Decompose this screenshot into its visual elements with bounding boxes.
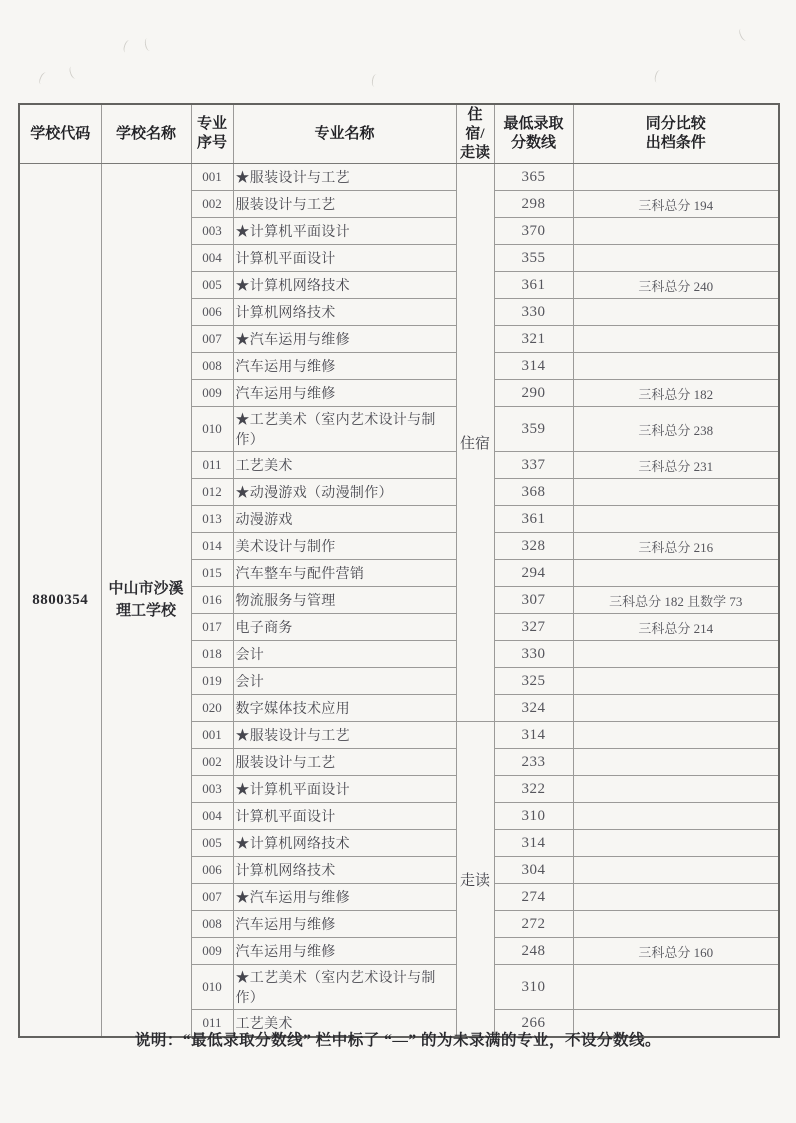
major-no-cell: 009 — [191, 380, 233, 407]
score-cell: 361 — [494, 272, 573, 299]
major-name-cell: 计算机网络技术 — [233, 299, 456, 326]
condition-cell — [573, 560, 779, 587]
score-cell: 298 — [494, 191, 573, 218]
major-no-cell: 019 — [191, 668, 233, 695]
condition-cell — [573, 218, 779, 245]
major-name-cell: ★服装设计与工艺 — [233, 164, 456, 191]
score-cell: 370 — [494, 218, 573, 245]
score-cell: 314 — [494, 830, 573, 857]
major-no-cell: 005 — [191, 272, 233, 299]
major-no-cell: 009 — [191, 938, 233, 965]
major-no-cell: 016 — [191, 587, 233, 614]
score-cell: 314 — [494, 722, 573, 749]
condition-cell — [573, 884, 779, 911]
major-no-cell: 013 — [191, 506, 233, 533]
header-row: 学校代码 学校名称 专业 序号 专业名称 住宿/ 走读 最低录取 分数线 同分比… — [19, 104, 779, 164]
scan-artifact — [738, 27, 750, 42]
score-cell: 310 — [494, 965, 573, 1010]
major-no-cell: 012 — [191, 479, 233, 506]
condition-cell: 三科总分 238 — [573, 407, 779, 452]
major-name-cell: ★工艺美术（室内艺术设计与制作） — [233, 965, 456, 1010]
score-cell: 310 — [494, 803, 573, 830]
score-cell: 328 — [494, 533, 573, 560]
score-cell: 307 — [494, 587, 573, 614]
score-cell: 304 — [494, 857, 573, 884]
major-name-cell: 汽车运用与维修 — [233, 938, 456, 965]
table-body: 8800354中山市沙溪 理工学校001★服装设计与工艺住宿365002服装设计… — [19, 164, 779, 1037]
score-cell: 361 — [494, 506, 573, 533]
accommodation-cell: 住宿 — [456, 164, 494, 722]
major-no-cell: 004 — [191, 803, 233, 830]
score-cell: 248 — [494, 938, 573, 965]
major-name-cell: 物流服务与管理 — [233, 587, 456, 614]
major-no-cell: 014 — [191, 533, 233, 560]
scan-artifact — [122, 39, 133, 54]
major-name-cell: ★计算机平面设计 — [233, 776, 456, 803]
scan-artifact — [38, 71, 50, 86]
major-no-cell: 007 — [191, 884, 233, 911]
condition-cell — [573, 911, 779, 938]
major-no-cell: 008 — [191, 353, 233, 380]
condition-cell — [573, 668, 779, 695]
condition-cell — [573, 965, 779, 1010]
table-row: 8800354中山市沙溪 理工学校001★服装设计与工艺住宿365 — [19, 164, 779, 191]
score-cell: 233 — [494, 749, 573, 776]
score-cell: 359 — [494, 407, 573, 452]
condition-cell — [573, 641, 779, 668]
major-name-cell: 数字媒体技术应用 — [233, 695, 456, 722]
condition-cell — [573, 353, 779, 380]
score-cell: 290 — [494, 380, 573, 407]
condition-cell — [573, 776, 779, 803]
condition-cell: 三科总分 182 且数学 73 — [573, 587, 779, 614]
major-name-cell: ★服装设计与工艺 — [233, 722, 456, 749]
score-cell: 365 — [494, 164, 573, 191]
major-no-cell: 001 — [191, 722, 233, 749]
score-cell: 327 — [494, 614, 573, 641]
major-name-cell: 电子商务 — [233, 614, 456, 641]
major-name-cell: ★工艺美术（室内艺术设计与制作） — [233, 407, 456, 452]
major-name-cell: 汽车运用与维修 — [233, 353, 456, 380]
major-no-cell: 001 — [191, 164, 233, 191]
major-name-cell: ★汽车运用与维修 — [233, 884, 456, 911]
major-no-cell: 002 — [191, 191, 233, 218]
header-condition: 同分比较 出档条件 — [573, 104, 779, 164]
scan-artifact — [371, 73, 380, 87]
major-no-cell: 003 — [191, 776, 233, 803]
condition-cell — [573, 506, 779, 533]
major-no-cell: 017 — [191, 614, 233, 641]
header-major-no: 专业 序号 — [191, 104, 233, 164]
major-no-cell: 015 — [191, 560, 233, 587]
score-cell: 322 — [494, 776, 573, 803]
condition-cell — [573, 479, 779, 506]
condition-cell — [573, 695, 779, 722]
major-no-cell: 008 — [191, 911, 233, 938]
score-cell: 272 — [494, 911, 573, 938]
admission-score-table: 学校代码 学校名称 专业 序号 专业名称 住宿/ 走读 最低录取 分数线 同分比… — [18, 103, 780, 1038]
major-name-cell: ★汽车运用与维修 — [233, 326, 456, 353]
major-name-cell: 计算机平面设计 — [233, 245, 456, 272]
major-no-cell: 003 — [191, 218, 233, 245]
major-no-cell: 018 — [191, 641, 233, 668]
condition-cell: 三科总分 182 — [573, 380, 779, 407]
condition-cell — [573, 722, 779, 749]
condition-cell — [573, 299, 779, 326]
scan-artifact — [144, 37, 154, 51]
major-no-cell: 004 — [191, 245, 233, 272]
score-cell: 368 — [494, 479, 573, 506]
score-cell: 325 — [494, 668, 573, 695]
condition-cell: 三科总分 231 — [573, 452, 779, 479]
major-no-cell: 006 — [191, 857, 233, 884]
major-name-cell: 工艺美术 — [233, 452, 456, 479]
major-no-cell: 010 — [191, 965, 233, 1010]
major-name-cell: 美术设计与制作 — [233, 533, 456, 560]
table-header: 学校代码 学校名称 专业 序号 专业名称 住宿/ 走读 最低录取 分数线 同分比… — [19, 104, 779, 164]
condition-cell — [573, 164, 779, 191]
condition-cell — [573, 857, 779, 884]
major-name-cell: 汽车运用与维修 — [233, 911, 456, 938]
condition-cell — [573, 749, 779, 776]
school-name-cell: 中山市沙溪 理工学校 — [101, 164, 191, 1037]
major-no-cell: 007 — [191, 326, 233, 353]
major-name-cell: 会计 — [233, 668, 456, 695]
condition-cell: 三科总分 214 — [573, 614, 779, 641]
major-no-cell: 002 — [191, 749, 233, 776]
score-cell: 330 — [494, 299, 573, 326]
header-accommodation: 住宿/ 走读 — [456, 104, 494, 164]
score-cell: 274 — [494, 884, 573, 911]
header-school-code: 学校代码 — [19, 104, 101, 164]
score-cell: 324 — [494, 695, 573, 722]
major-no-cell: 010 — [191, 407, 233, 452]
condition-cell: 三科总分 160 — [573, 938, 779, 965]
major-name-cell: ★计算机网络技术 — [233, 830, 456, 857]
condition-cell — [573, 830, 779, 857]
major-no-cell: 006 — [191, 299, 233, 326]
major-name-cell: 计算机平面设计 — [233, 803, 456, 830]
major-name-cell: 汽车运用与维修 — [233, 380, 456, 407]
major-name-cell: 计算机网络技术 — [233, 857, 456, 884]
condition-cell — [573, 245, 779, 272]
score-cell: 314 — [494, 353, 573, 380]
header-major-name: 专业名称 — [233, 104, 456, 164]
school-code-cell: 8800354 — [19, 164, 101, 1037]
major-name-cell: ★计算机平面设计 — [233, 218, 456, 245]
condition-cell: 三科总分 216 — [573, 533, 779, 560]
scan-artifact — [653, 69, 663, 83]
score-cell: 337 — [494, 452, 573, 479]
major-name-cell: 服装设计与工艺 — [233, 191, 456, 218]
score-cell: 355 — [494, 245, 573, 272]
major-name-cell: 汽车整车与配件营销 — [233, 560, 456, 587]
header-school-name: 学校名称 — [101, 104, 191, 164]
major-name-cell: 动漫游戏 — [233, 506, 456, 533]
major-no-cell: 020 — [191, 695, 233, 722]
condition-cell: 三科总分 194 — [573, 191, 779, 218]
header-min-score: 最低录取 分数线 — [494, 104, 573, 164]
major-no-cell: 005 — [191, 830, 233, 857]
score-cell: 294 — [494, 560, 573, 587]
major-name-cell: 服装设计与工艺 — [233, 749, 456, 776]
condition-cell — [573, 803, 779, 830]
major-name-cell: ★计算机网络技术 — [233, 272, 456, 299]
footnote: 说明：“最低录取分数线” 栏中标了 “—” 的为未录满的专业，不设分数线。 — [0, 1028, 796, 1050]
scan-artifact — [68, 65, 79, 80]
score-cell: 330 — [494, 641, 573, 668]
condition-cell — [573, 326, 779, 353]
major-name-cell: 会计 — [233, 641, 456, 668]
major-name-cell: ★动漫游戏（动漫制作） — [233, 479, 456, 506]
major-no-cell: 011 — [191, 452, 233, 479]
score-cell: 321 — [494, 326, 573, 353]
accommodation-cell: 走读 — [456, 722, 494, 1037]
condition-cell: 三科总分 240 — [573, 272, 779, 299]
